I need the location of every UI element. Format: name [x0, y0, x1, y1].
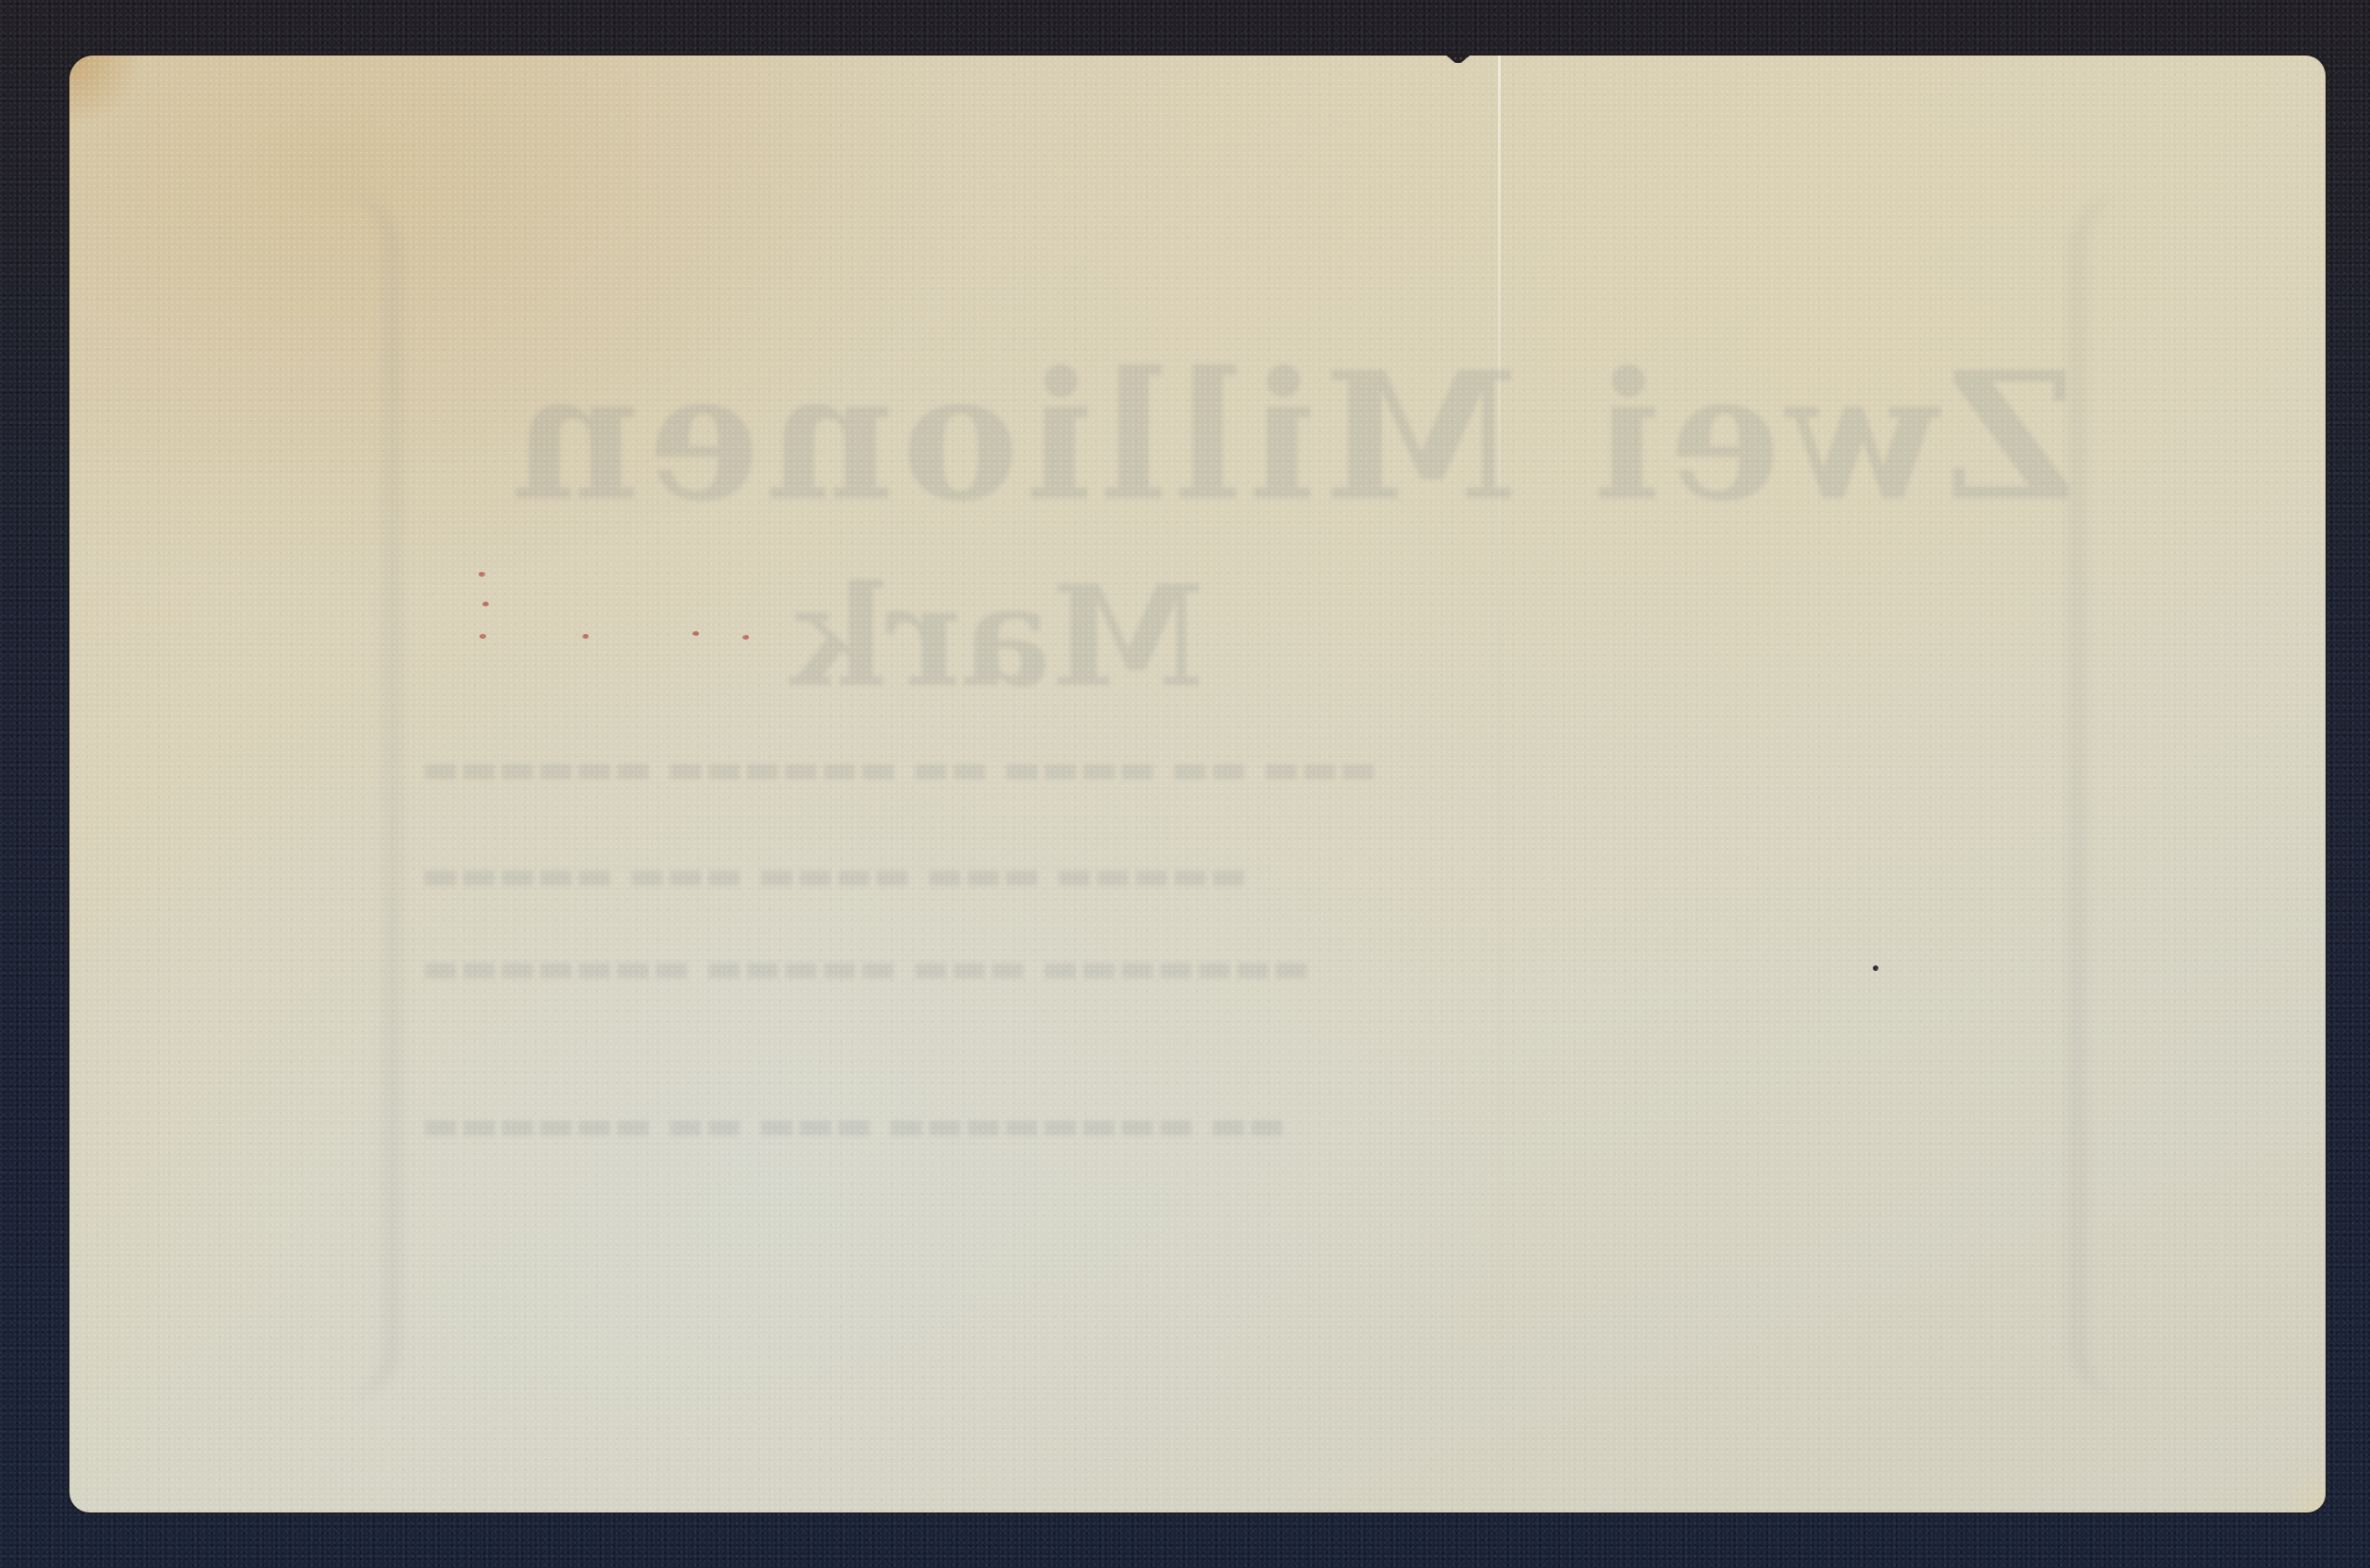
- dark-speck: [1873, 965, 1878, 971]
- bleed-through-text-line: ▬▬ ▬▬▬▬▬▬▬▬ ▬▬▬ ▬▬ ▬▬▬▬▬▬: [421, 1101, 1286, 1149]
- center-fold-line: [1498, 56, 1501, 1512]
- corner-wear: [2279, 1466, 2326, 1512]
- bleed-through-right-ornament: [2069, 194, 2271, 1398]
- red-serial-bleed-dot: [479, 572, 485, 577]
- bleed-through-text-line: ▬▬▬ ▬▬ ▬▬▬▬ ▬▬ ▬▬▬▬▬▬ ▬▬▬▬▬▬: [421, 745, 1378, 792]
- corner-stain: [69, 56, 143, 130]
- red-serial-bleed-dot: [742, 635, 749, 640]
- red-serial-bleed-dot: [692, 631, 699, 636]
- banknote-paper: Zwei Millionen Mark ▬▬▬ ▬▬ ▬▬▬▬ ▬▬ ▬▬▬▬▬…: [69, 56, 2326, 1512]
- red-serial-bleed-dot: [480, 634, 486, 639]
- bleed-through-text-line: ▬▬▬▬▬▬▬ ▬▬▬ ▬▬▬▬▬ ▬▬▬▬▬▬▬: [421, 944, 1311, 991]
- red-serial-bleed-dot: [582, 634, 589, 639]
- red-serial-bleed-dot: [482, 602, 489, 606]
- bleed-through-left-ornament: [199, 194, 401, 1398]
- bleed-through-title: Zwei Millionen: [505, 333, 2075, 540]
- bleed-through-subtitle: Mark: [792, 555, 1204, 718]
- top-edge-notch: [1444, 56, 1472, 63]
- bleed-through-text-line: ▬▬▬▬▬ ▬▬▬ ▬▬▬▬ ▬▬▬ ▬▬▬▬▬: [421, 852, 1248, 899]
